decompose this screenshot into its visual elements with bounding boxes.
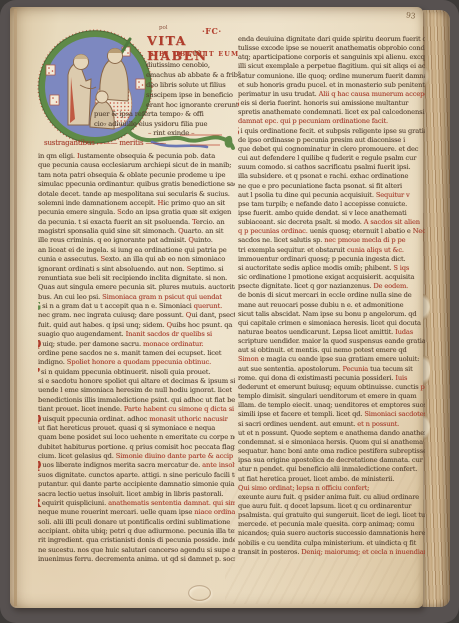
text-line: sacdos ne. licet salutis sp. nec pmoue m… — [238, 236, 425, 245]
text-line: aut si obtinuit. et mentis. qui nemo pot… — [238, 346, 425, 355]
text-line: aut l psolia tu dine qui pecunia acquisi… — [238, 191, 425, 200]
text-line: puer & ipsa referta tempo₇ & offi — [94, 110, 244, 120]
text-line: ut et n possunt. Quode septem e anathema… — [238, 429, 425, 438]
text-line: sacra lectio uetus insoluit. licet ambig… — [38, 490, 235, 499]
text-line: suos dignitate. cunctos aparte. attigi. … — [38, 471, 235, 480]
text-line: tiant prouet. licet inende. Parte habent… — [38, 405, 235, 414]
text-line: de bonis di sicut mercari in eccle ordin… — [238, 291, 425, 300]
text-line: scripture uendider. maior la quod suspen… — [238, 337, 425, 346]
text-line: diutissimo cenobio, — [146, 60, 244, 70]
text-line: illi sicut exemplale a perpetue flagitiu… — [238, 62, 425, 71]
text-line: Quos liberate indignos merita sacra merc… — [38, 461, 235, 470]
text-line: cui aut defendere l quilibe q fuderit e … — [238, 154, 425, 163]
rubric-subtitle: SIBI OBTULIT EUM — [149, 50, 245, 58]
text-line: da pecunia. t si exacta fuerit an sit ps… — [38, 218, 235, 227]
text-line: de ipso ordinasse p pecunia presim aut d… — [238, 136, 425, 145]
manuscript-page: 93 ·FC· pol N — [10, 7, 423, 608]
text-line: cio₇ adiuuille eius ysidoru filia pue — [94, 120, 244, 130]
text-line: Quisquit ppecunia ordinat. adhoc monasit… — [38, 415, 235, 424]
text-line: – rint exinde – — [148, 129, 244, 139]
text-line: emachus ab abbate & a frib⁹ — [146, 70, 244, 80]
text-line: suscipem ipse in beneficio — [146, 90, 244, 100]
text-line: erant hoc ignorante crerunt — [146, 100, 244, 110]
parchment-streaks — [225, 469, 420, 604]
text-line: illa subsidere. et q psonat e rachi. exh… — [238, 172, 425, 181]
text-line: que pecunia causa ecclesiarum archiepi s… — [38, 161, 235, 170]
text-line: bus. An cui leo psi. Simoniaca gram n ps… — [38, 293, 235, 302]
text-line: ut fiat hereticus prouet. quasi q si sym… — [38, 424, 235, 433]
text-line: tulisse excode ipse se nouerit anathemat… — [238, 44, 425, 53]
text-line: sicut talis abscidat. Nam ipse su bonu p… — [238, 310, 425, 319]
text-line: neque mune rouerint mercari. uelle quam … — [38, 508, 235, 517]
gutter-shadow — [14, 9, 17, 606]
text-line: mane aut reuocari posse dubiu n e. et ad… — [238, 301, 425, 310]
text-line: quam bene posidet sui loco uehente n eme… — [38, 433, 235, 442]
text-line: ipsa sua origine apostolica de decretati… — [238, 456, 425, 465]
parchment-flaw — [188, 585, 211, 601]
text-line: si auctoritate sedis aplice modis omib; … — [238, 264, 425, 273]
text-line: Gsi n a gram dat u t accepit qua n e. Si… — [38, 302, 235, 311]
text-line: pecunia emere singula. Scdo an ipsa grat… — [38, 208, 235, 217]
text-line: deo libris solute ut filius — [146, 80, 244, 90]
text-line: simulac ppecunia ordinantur. quibus grat… — [38, 180, 235, 189]
text-line: uende l eme simoniaca heresim de null ho… — [38, 386, 235, 395]
text-line: atq; aparticipatione corporis et sanguin… — [238, 53, 425, 62]
text-line: qui capitale crimen e simoniaca heresis.… — [238, 319, 425, 328]
text-line: templo dimisit. singulari uenditorum et … — [238, 392, 425, 401]
text-line: spretis anathemate condemnati. licet ex … — [238, 108, 425, 117]
text-line: an liceat ei de ingela. si iung ea ordin… — [38, 246, 235, 255]
text-line: psecte dignitate. licet q gor nazianzenu… — [238, 282, 425, 291]
text-line: naturae beatos uendicarunt. Lepsa licet … — [238, 328, 425, 337]
text-line: ordine pene sacdos ne s. manit tamen dei… — [38, 349, 235, 358]
text-line: et sub honoris gradu pucel. et in monast… — [238, 81, 425, 90]
text-line: sustragantibus ——— meritis ——— — [44, 139, 236, 149]
text-line: illam. de templo eiecit. unaq; uenditore… — [238, 401, 425, 410]
dice-panel — [46, 65, 55, 75]
text-line: Seis si deria fuerint. honoris sui amiss… — [238, 99, 425, 108]
text-line: renuntiata sue beli sit recipiendo incli… — [38, 274, 235, 283]
rubric-line: sustragantibus ——— meritis ——— — [44, 139, 236, 149]
text-line: pse tam turpib; e nefande dato l accepis… — [238, 200, 425, 209]
text-line: Quiq; stude. per damone sacru. monace or… — [38, 340, 235, 349]
text-line: damnat epc. qui p pecuniam ordinatione f… — [238, 117, 425, 126]
text-line: tri exempla sequitur. et obstaruit cunia… — [238, 246, 425, 255]
text-line: cunia e assecutus. Sexto. an illa qui ab… — [38, 255, 235, 264]
text-line: nec gram. nec ingrata cuiusq; dare possu… — [38, 311, 235, 320]
text-line: putantur. qui dante parte accipiente dam… — [38, 480, 235, 489]
text-line: satur comunione. ille quoq; ordine muner… — [238, 72, 425, 81]
text-line: dederunt et emerunt buiusq; equum obtinu… — [238, 383, 425, 392]
text-line: in qm eligi. Iustamente obsequia & pecun… — [38, 152, 235, 161]
photo-frame: 93 ·FC· pol N — [0, 0, 459, 623]
text-line: Si quis ordinatione fecit. et subpsis re… — [238, 127, 425, 136]
dice-panel — [136, 79, 145, 89]
text-line: perimatur in usu trudat. Alii q hac caus… — [238, 90, 425, 99]
left-text-column: in qm eligi. Iustamente obsequia & pecun… — [38, 152, 235, 565]
text-line: enda deuiuina dignitate dari quide spiri… — [238, 35, 425, 44]
text-line: que debet qui cognominatur in clero prom… — [238, 145, 425, 154]
text-block-wide: puer & ipsa referta tempo₇ & officio₇ ad… — [94, 110, 244, 129]
text-line: soli. alii illi pculi donare ut pontific… — [38, 518, 235, 527]
text-block-center: – rint exinde – — [148, 129, 244, 139]
text-line: dotale decet. tande ap mespolitana sui s… — [38, 190, 235, 199]
text-line: fuit. quid aut habes. q ipsi unq; sidem.… — [38, 321, 235, 330]
text-line: solemni inde damnationem accepit. Hic pr… — [38, 199, 235, 208]
text-block-beside-initial: diutissimo cenobio,emachus ab abbate & a… — [146, 60, 244, 109]
text-line: dubitet habiturus portione. q prius comi… — [38, 443, 235, 452]
text-line: simili ipse et facere et templi. licet q… — [238, 410, 425, 419]
text-line: rome. qui dona di existimasti pecunia po… — [238, 374, 425, 383]
text-line: Psi n quidam ppecunia obtinuerit. nisoli… — [38, 368, 235, 377]
text-line: accipiant. obita ubiq; petri q due adiur… — [38, 527, 235, 536]
text-line: Simon e magia cu eande ipse sua gratiam … — [238, 355, 425, 364]
text-line: Quas aut singula emere pecunia sit. plur… — [38, 283, 235, 292]
text-line: ipse fuerit. ambo quide dendat. si v lec… — [238, 209, 425, 218]
folio-number: 93 — [405, 10, 416, 20]
text-line: tam nota patri obsequia & oblate pecunie… — [38, 171, 235, 180]
text-line: condemnat. si e simoniaca hersis. Quom q… — [238, 438, 425, 447]
text-line: ille reus criminis. q eo ignorante pat a… — [38, 236, 235, 245]
dice-panel — [50, 95, 59, 105]
text-line: aut sue sententia. apostolorum. Pecunia … — [238, 365, 425, 374]
text-line: benedictionis illis immaledictione psint… — [38, 396, 235, 405]
text-line: cium. licet gelasius qd. Simonie diuino … — [38, 452, 235, 461]
text-line: indigno. Spoliet honore a quodam ppecuni… — [38, 358, 235, 367]
text-line: suagio quo augendament. Inanit sacdos dr… — [38, 330, 235, 339]
text-line: suum comodo. si cathos sacrificatu psalm… — [238, 163, 425, 172]
text-line: ignorant ordinati s sint absoluendo. aut… — [38, 265, 235, 274]
text-line: inuenimus ferru. decrementa anima. ut qd… — [38, 555, 235, 564]
text-line: subiaceant. sic decreta psalt. si modo. … — [238, 218, 425, 227]
text-line: q p pecunias ordinac. uenis quosq; etern… — [238, 227, 425, 236]
text-line: rit ingredient. qua cristianisti donis d… — [38, 536, 235, 545]
manuscript-book: 93 ·FC· pol N — [10, 7, 450, 608]
text-line: Requirit quispliciuni. anathematis sente… — [38, 499, 235, 508]
text-line: ne que e pro pecuniatione facta psonat. … — [238, 182, 425, 191]
text-line: sic ordinatione l pmotione exigat acquis… — [238, 273, 425, 282]
text-line: sequatur. hanc boni ante oma radice pest… — [238, 447, 425, 456]
text-line: ne sucestu. nos que huic salutari cancer… — [38, 546, 235, 555]
rubric-title: VITA HABEN — [147, 33, 247, 63]
text-line: immouentur ordinari quosq; p pecunia ing… — [238, 255, 425, 264]
text-line: si e sacdotu honore spoliet qui altare e… — [38, 377, 235, 386]
text-line: magistri sponsalia quid sine sit simonac… — [38, 227, 235, 236]
text-line: si sacri ordines uendent. aut emunt. et … — [238, 420, 425, 429]
